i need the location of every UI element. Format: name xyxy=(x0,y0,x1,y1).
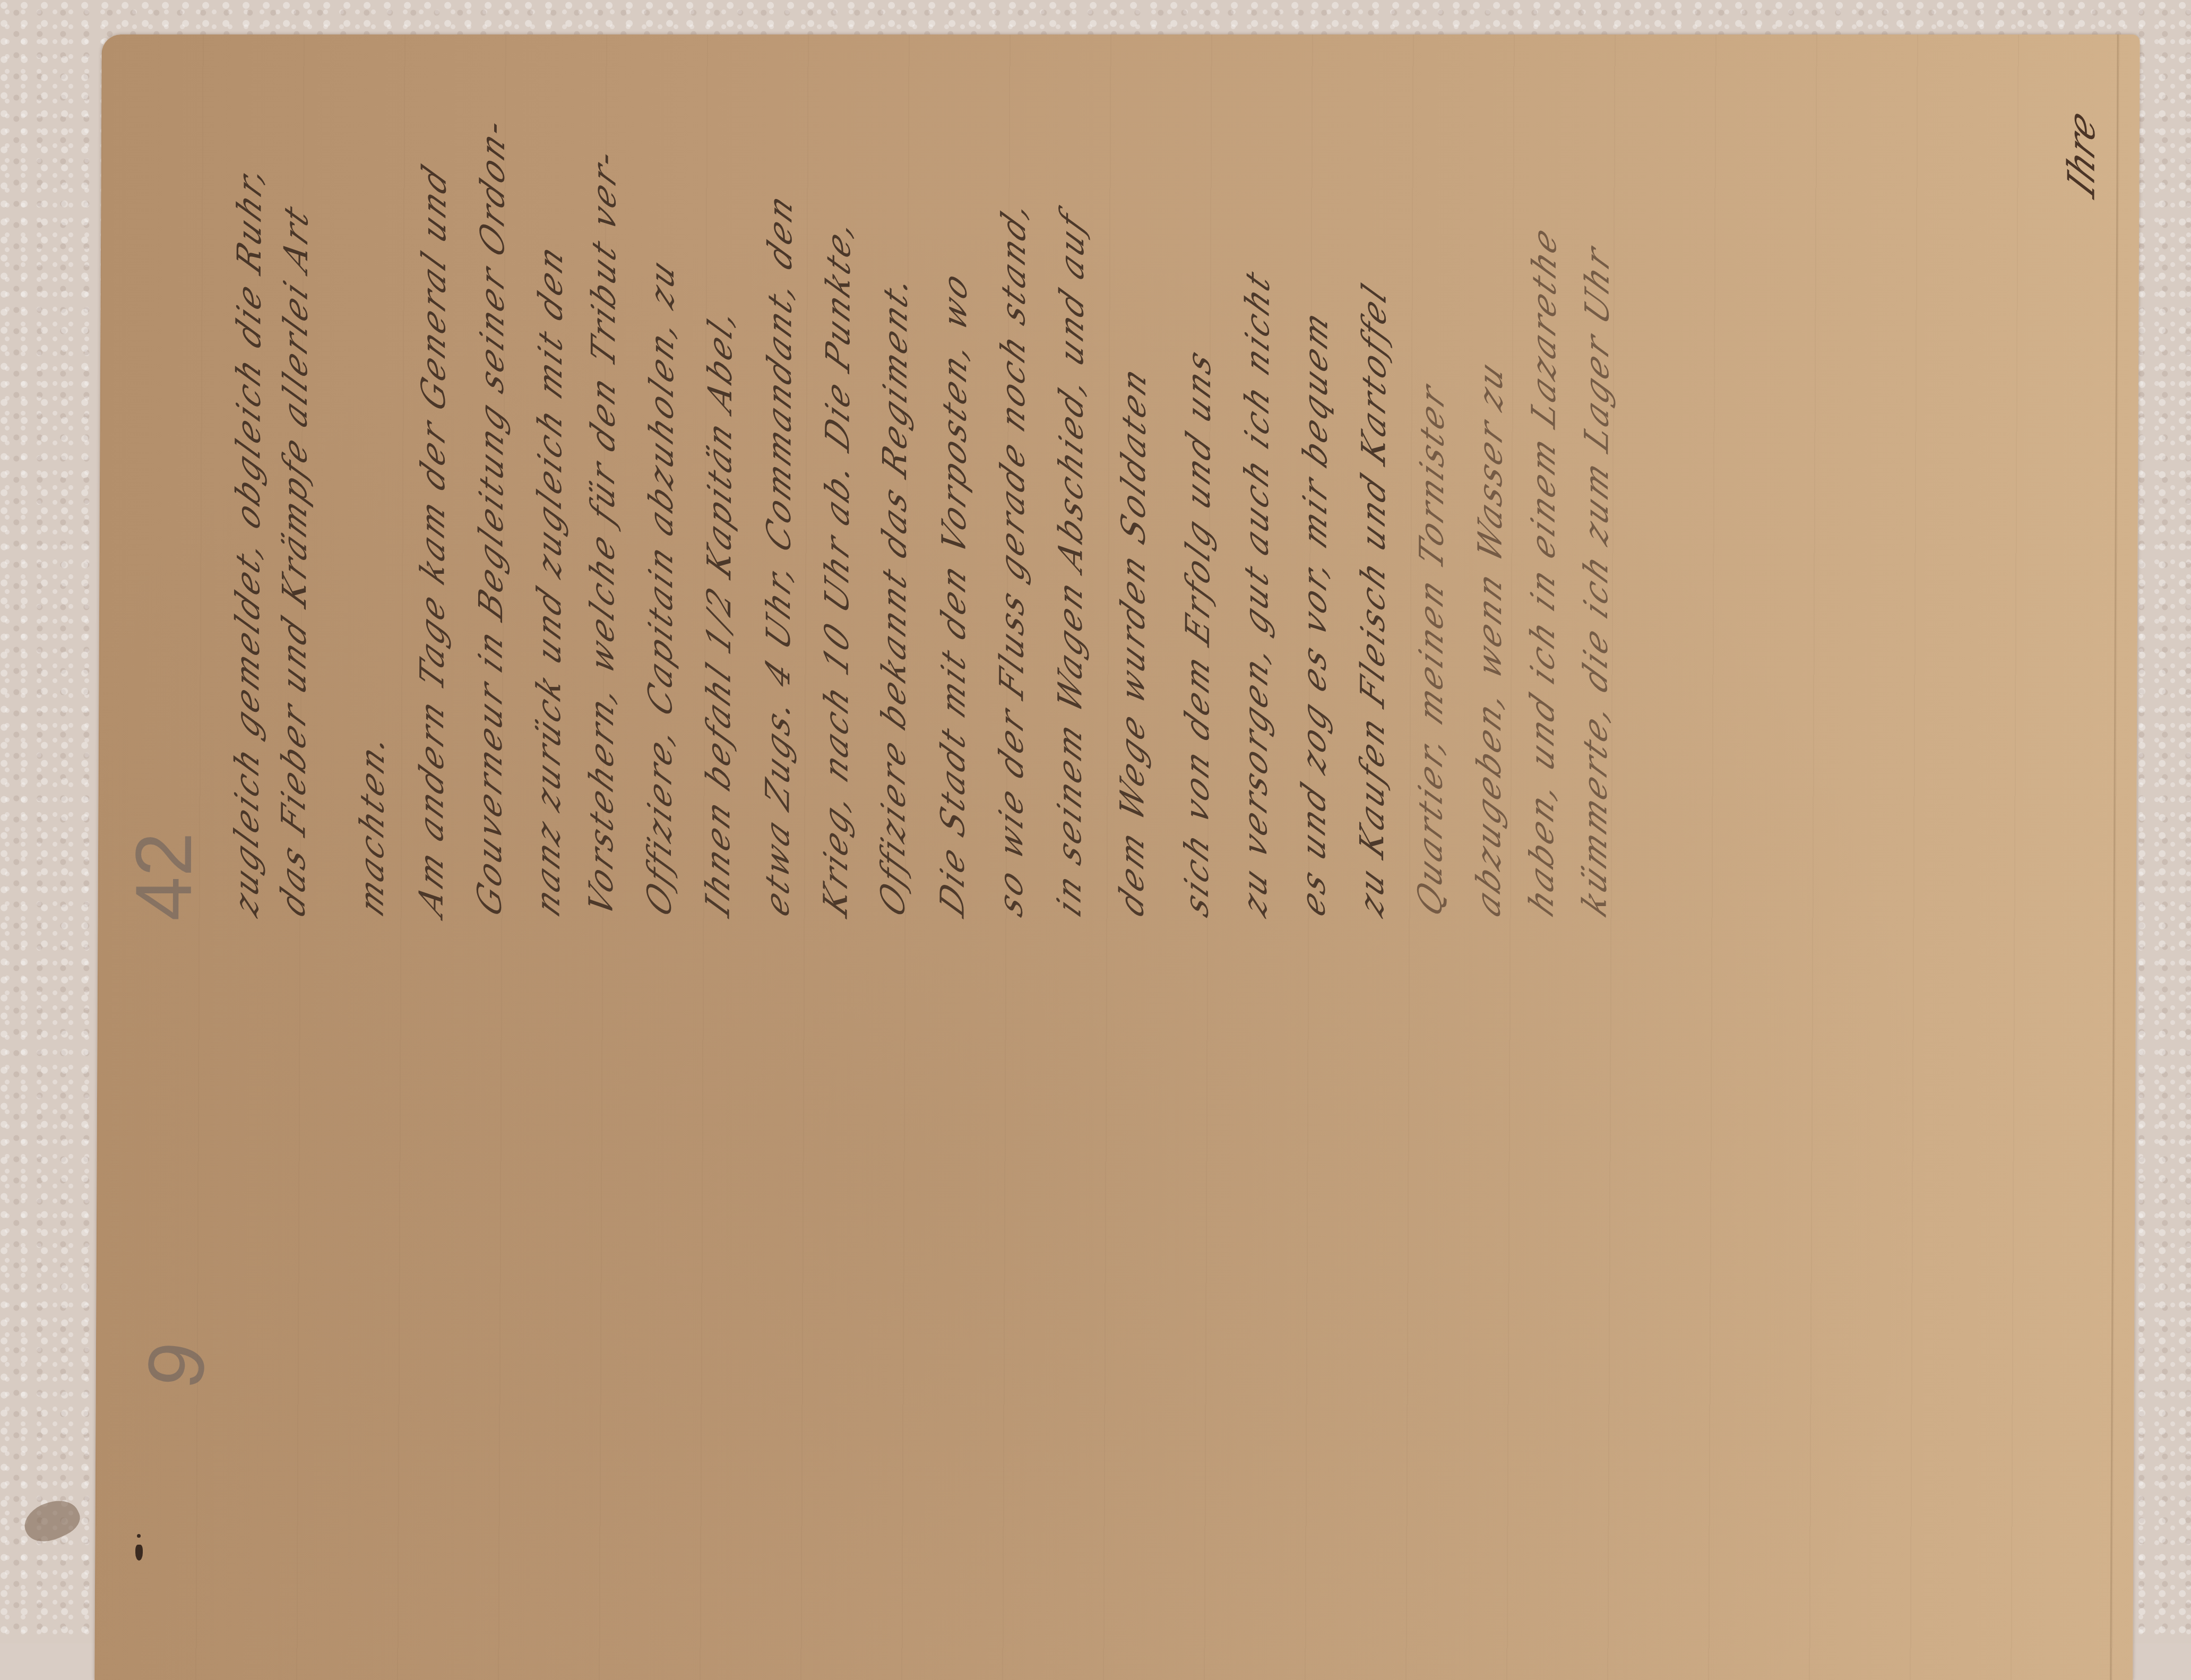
text-line: zu versorgen, gut auch ich nicht xyxy=(1223,85,1291,913)
text-line: es und zog es vor, mir bequem xyxy=(1282,85,1349,913)
text-line: kümmerte, die ich zum Lager Uhr xyxy=(1563,85,1631,913)
text-line: in seinem Wagen Abschied, und auf xyxy=(1038,85,1105,913)
text-line: Gouverneur in Begleitung seiner Ordon- xyxy=(458,85,525,913)
text-line: etwa Zugs. 4 Uhr, Commandant, den xyxy=(746,85,813,913)
text-line: machten. xyxy=(340,85,408,913)
text-line: so wie der Fluss gerade noch stand, xyxy=(979,85,1047,913)
text-line: Ihnen befahl 1/2 Kapitän Abel, xyxy=(686,85,754,913)
text-line: sich von dem Erfolg und uns xyxy=(1165,85,1232,913)
text-line: Quartier, meinen Tornister xyxy=(1399,85,1466,913)
ink-blot-dot xyxy=(137,1534,141,1538)
pencil-folio-number: 42 xyxy=(117,832,210,921)
letter-page: zugleich gemeldet, obgleich die Ruhr, da… xyxy=(94,35,2140,1643)
text-line: dem Wege wurden Soldaten xyxy=(1100,85,1168,913)
pencil-page-number: 9 xyxy=(127,1335,226,1394)
text-line: Krieg, nach 10 Uhr ab. Die Punkte, xyxy=(804,85,872,913)
text-line: zu Kaufen Fleisch und Kartoffel xyxy=(1340,85,1408,913)
text-line: Offiziere, Capitain abzuholen, zu xyxy=(628,85,695,913)
text-line: Die Stadt mit den Vorposten, wo xyxy=(921,85,988,913)
ink-blot xyxy=(135,1545,143,1561)
text-line: Vorstehern, welche für den Tribut ver- xyxy=(570,85,637,913)
text-line: Am andern Tage kam der General und xyxy=(400,85,467,913)
handwritten-text-block: zugleich gemeldet, obgleich die Ruhr, da… xyxy=(215,85,2129,913)
text-line: Offiziere bekannt das Regiment. xyxy=(861,85,929,913)
text-line: das Fieber und Krämpfe allerlei Art xyxy=(262,85,329,913)
